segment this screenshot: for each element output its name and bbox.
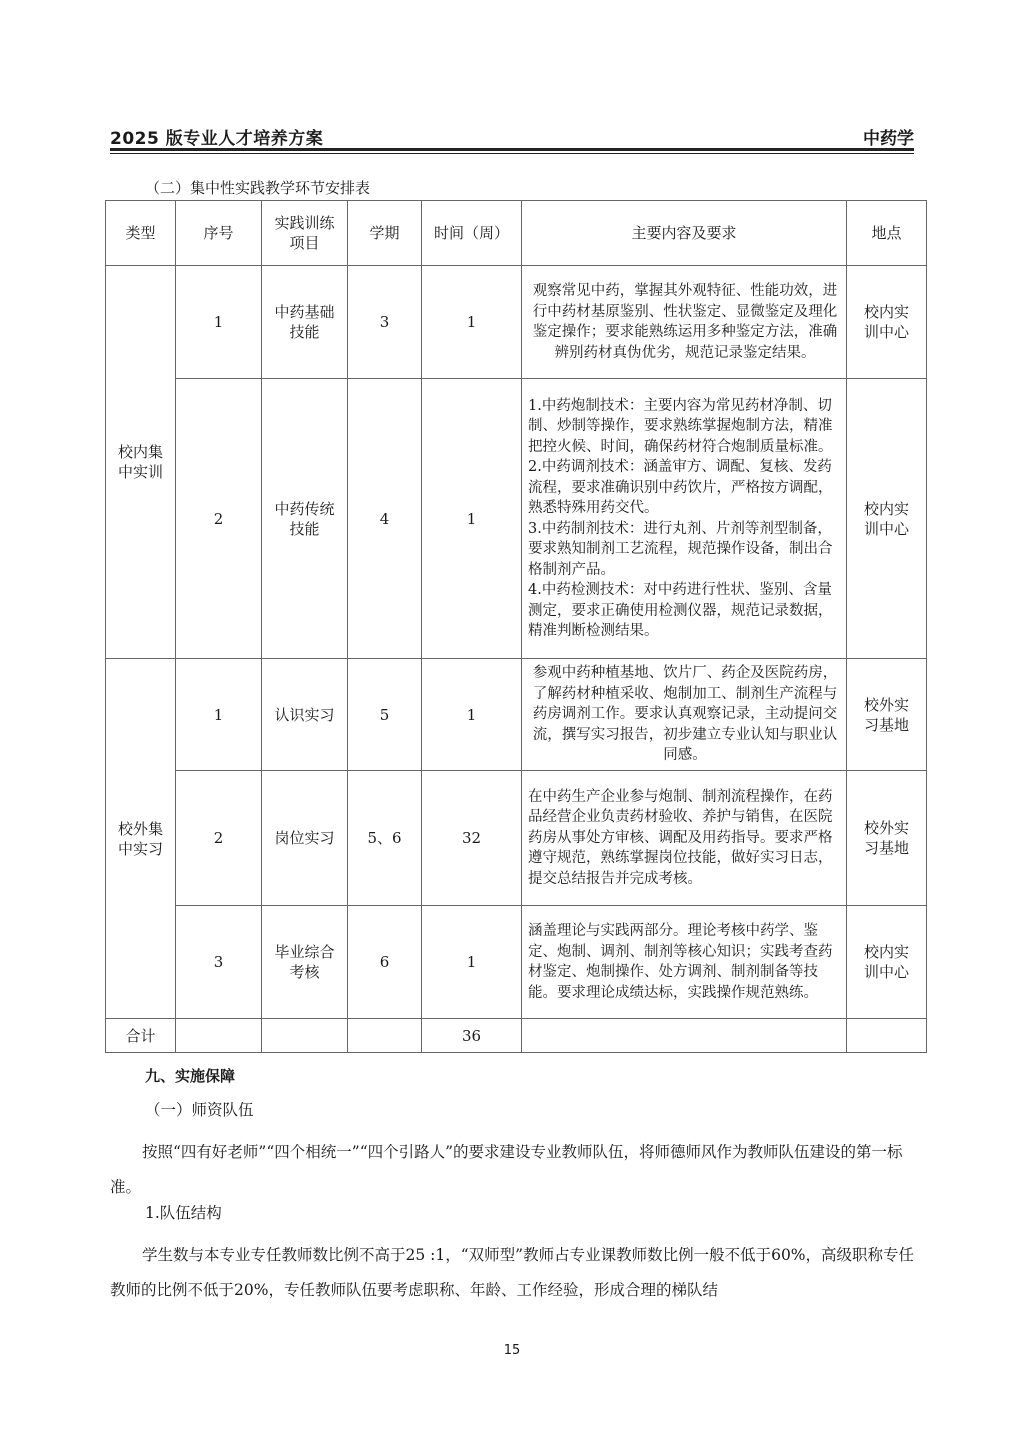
paragraph-teacher-standards: 按照“四有好老师”“四个相统一”“四个引路人”的要求建设专业教师队伍，将师德师风… xyxy=(110,1135,916,1205)
row-weeks: 1 xyxy=(422,906,522,1019)
subsection-heading: （一）师资队伍 xyxy=(145,1100,951,1120)
row-no: 3 xyxy=(176,906,262,1019)
row-item: 毕业综合 考核 xyxy=(262,906,348,1019)
group-type: 校内集 中实训 xyxy=(106,266,176,659)
header-content: 主要内容及要求 xyxy=(522,201,847,266)
item-heading: 1.队伍结构 xyxy=(145,1203,951,1223)
table-caption: （二）集中性实践教学环节安排表 xyxy=(145,177,370,198)
header-location: 地点 xyxy=(847,201,927,266)
row-weeks: 32 xyxy=(422,771,522,906)
row-term: 5、6 xyxy=(348,771,422,906)
row-location: 校内实 训中心 xyxy=(847,266,927,379)
row-no: 1 xyxy=(176,266,262,379)
document-title: 2025 版专业人才培养方案 xyxy=(110,124,323,149)
row-term: 5 xyxy=(348,659,422,771)
table-header-row: 类型 序号 实践训练 项目 学期 时间（周） 主要内容及要求 地点 xyxy=(106,201,927,266)
row-location: 校外实 习基地 xyxy=(847,659,927,771)
paragraph-team-structure: 学生数与本专业专任教师数比例不高于25 :1，“双师型”教师占专业课教师数比例一… xyxy=(110,1238,916,1308)
header-weeks: 时间（周） xyxy=(422,201,522,266)
major-name: 中药学 xyxy=(863,124,914,149)
header-rule-thick xyxy=(110,148,914,151)
row-weeks: 1 xyxy=(422,379,522,659)
table-row: 2 中药传统 技能 4 1 1.中药炮制技术：主要内容为常见药材净制、切制、炒制… xyxy=(106,379,927,659)
group-type: 校外集 中实习 xyxy=(106,659,176,1019)
row-term: 4 xyxy=(348,379,422,659)
row-content: 涵盖理论与实践两部分。理论考核中药学、鉴定、炮制、调剂、制剂等核心知识；实践考查… xyxy=(522,906,847,1019)
row-item: 中药传统 技能 xyxy=(262,379,348,659)
header-term: 学期 xyxy=(348,201,422,266)
table-total-row: 合计 36 xyxy=(106,1019,927,1053)
row-location: 校内实 训中心 xyxy=(847,906,927,1019)
row-no: 2 xyxy=(176,379,262,659)
table-row: 校外集 中实习 1 认识实习 5 1 参观中药种植基地、饮片厂、药企及医院药房，… xyxy=(106,659,927,771)
row-item: 中药基础 技能 xyxy=(262,266,348,379)
table-row: 3 毕业综合 考核 6 1 涵盖理论与实践两部分。理论考核中药学、鉴定、炮制、调… xyxy=(106,906,927,1019)
header-rule-thin xyxy=(110,153,914,154)
practice-schedule-table: 类型 序号 实践训练 项目 学期 时间（周） 主要内容及要求 地点 校内集 中实… xyxy=(105,200,927,1053)
total-weeks: 36 xyxy=(422,1019,522,1053)
table-row: 2 岗位实习 5、6 32 在中药生产企业参与炮制、制剂流程操作，在药品经营企业… xyxy=(106,771,927,906)
page-number: 15 xyxy=(0,1343,1024,1358)
row-content: 参观中药种植基地、饮片厂、药企及医院药房，了解药材种植采收、炮制加工、制剂生产流… xyxy=(522,659,847,771)
row-content: 1.中药炮制技术：主要内容为常见药材净制、切制、炒制等操作，要求熟练掌握炮制方法… xyxy=(522,379,847,659)
row-content: 在中药生产企业参与炮制、制剂流程操作，在药品经营企业负责药材验收、养护与销售，在… xyxy=(522,771,847,906)
row-term: 3 xyxy=(348,266,422,379)
header-type: 类型 xyxy=(106,201,176,266)
row-content: 观察常见中药，掌握其外观特征、性能功效，进行中药材基原鉴别、性状鉴定、显微鉴定及… xyxy=(522,266,847,379)
row-no: 1 xyxy=(176,659,262,771)
section-heading: 九、实施保障 xyxy=(145,1066,951,1086)
row-no: 2 xyxy=(176,771,262,906)
table-row: 校内集 中实训 1 中药基础 技能 3 1 观察常见中药，掌握其外观特征、性能功… xyxy=(106,266,927,379)
row-term: 6 xyxy=(348,906,422,1019)
row-location: 校内实 训中心 xyxy=(847,379,927,659)
row-item: 认识实习 xyxy=(262,659,348,771)
total-label: 合计 xyxy=(106,1019,176,1053)
header-no: 序号 xyxy=(176,201,262,266)
row-weeks: 1 xyxy=(422,659,522,771)
row-location: 校外实 习基地 xyxy=(847,771,927,906)
row-item: 岗位实习 xyxy=(262,771,348,906)
header-item: 实践训练 项目 xyxy=(262,201,348,266)
row-weeks: 1 xyxy=(422,266,522,379)
